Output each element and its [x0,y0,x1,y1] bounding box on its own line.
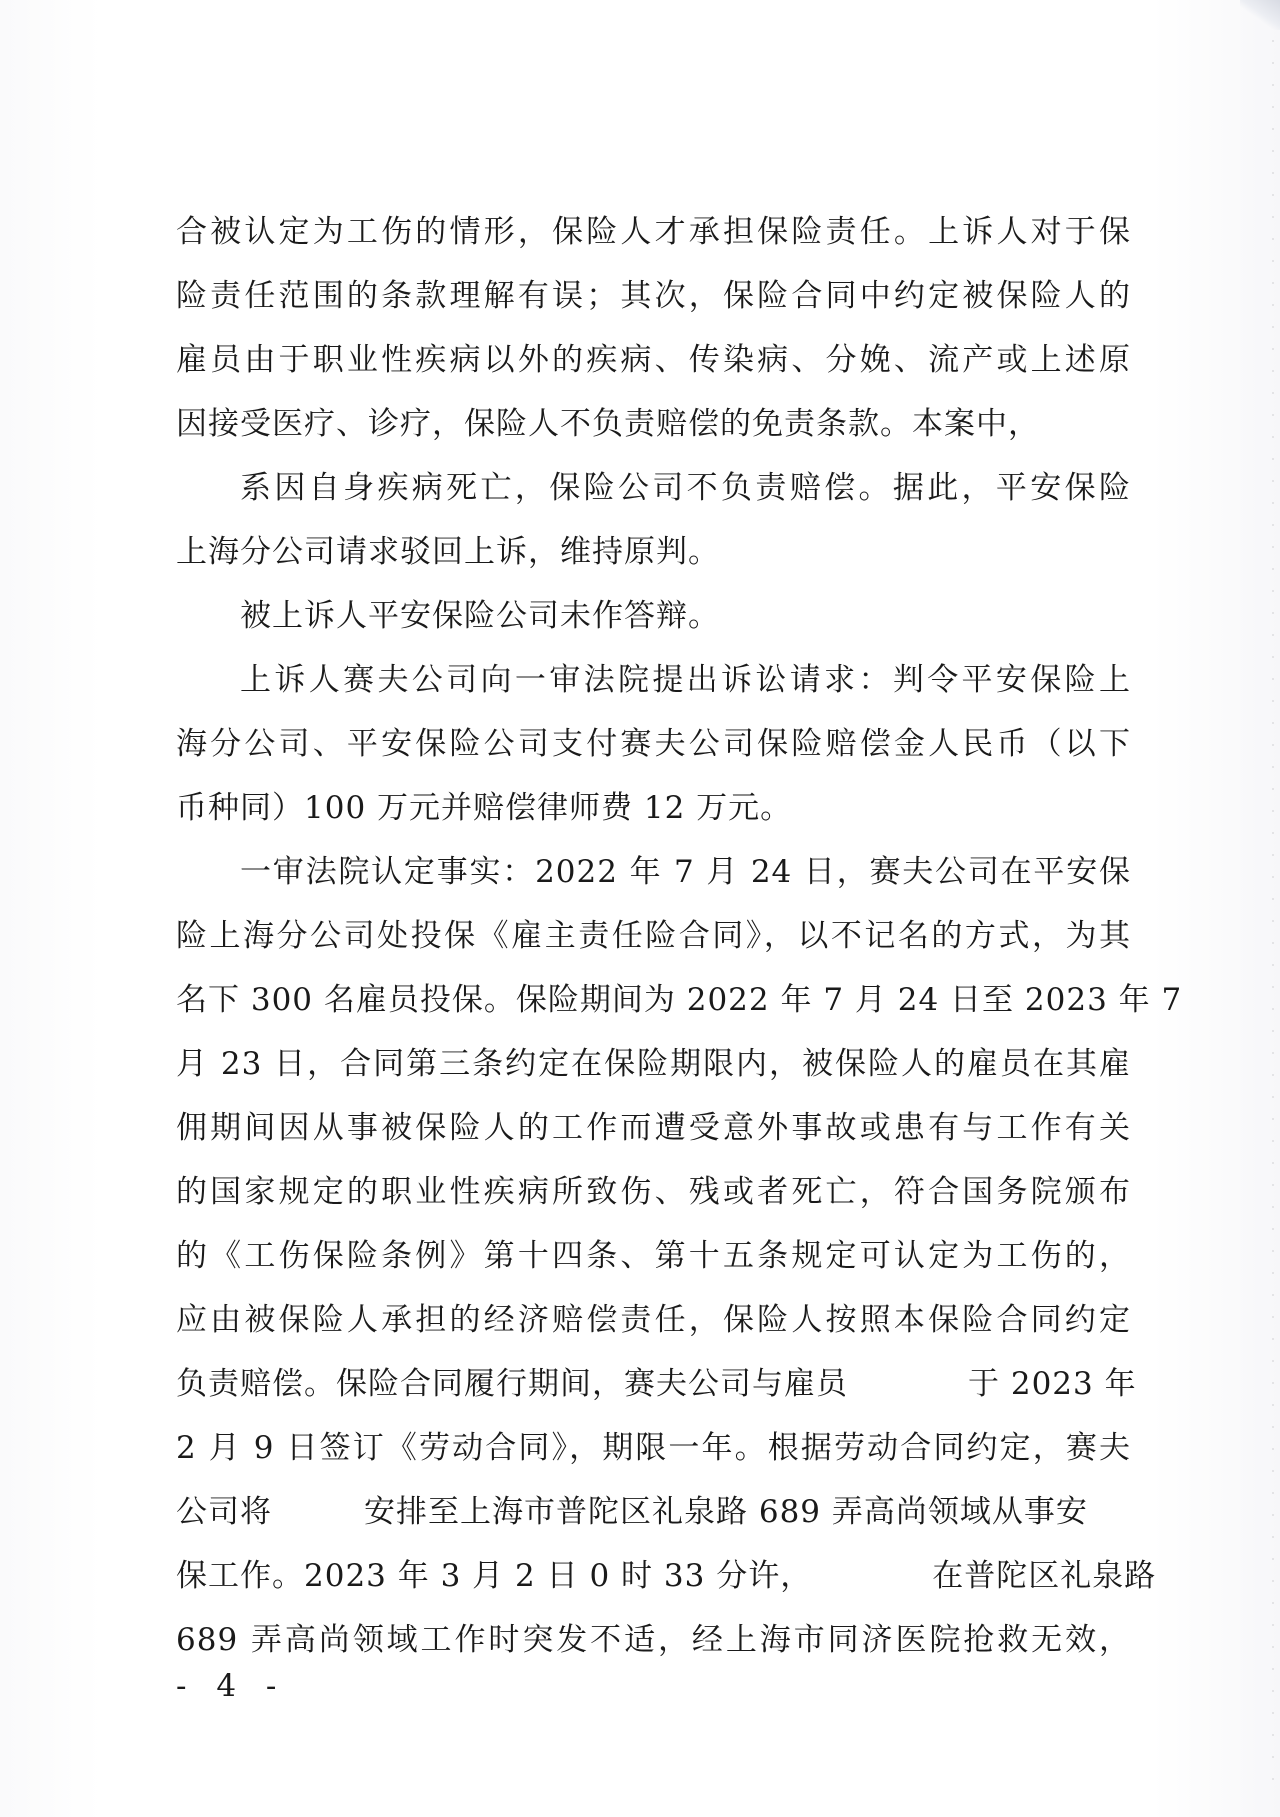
text-line: 币种同）100 万元并赔偿律师费 12 万元。 [176,776,1131,840]
text-segment: 于 2023 年 [968,1366,1137,1402]
text-line: 雇员由于职业性疾病以外的疾病、传染病、分娩、流产或上述原 [176,328,1131,392]
text-line: 689 弄高尚领域工作时突发不适，经上海市同济医院抢救无效， [176,1608,1131,1672]
paragraph-facts-start: 一审法院认定事实：2022 年 7 月 24 日，赛夫公司在平安保 [176,840,1131,904]
text-line: 险上海分公司处投保《雇主责任险合同》，以不记名的方式，为其 [176,904,1131,968]
text-segment: 保工作。2023 年 3 月 2 日 0 时 33 分许， [176,1558,812,1594]
page-fold-corner [1240,0,1280,30]
text-line-redacted: 公司将安排至上海市普陀区礼泉路 689 弄高尚领域从事安 [176,1480,1131,1544]
text-line: 应由被保险人承担的经济赔偿责任，保险人按照本保险合同约定 [176,1288,1131,1352]
text-segment: 安排至上海市普陀区礼泉路 689 弄高尚领域从事安 [364,1494,1088,1530]
text-line: 的《工伤保险条例》第十四条、第十五条规定可认定为工伤的， [176,1224,1131,1288]
paragraph-respondent-reply: 被上诉人平安保险公司未作答辩。 [176,584,1131,648]
text-segment: 公司将 [176,1494,272,1530]
text-line: 名下 300 名雇员投保。保险期间为 2022 年 7 月 24 日至 2023… [176,968,1131,1032]
text-line: 月 23 日，合同第三条约定在保险期限内，被保险人的雇员在其雇 [176,1032,1131,1096]
text-line: 因接受医疗、诊疗，保险人不负责赔偿的免责条款。本案中， [176,392,1131,456]
text-segment: 负责赔偿。保险合同履行期间，赛夫公司与雇员 [176,1366,848,1402]
text-line-redacted: 负责赔偿。保险合同履行期间，赛夫公司与雇员于 2023 年 [176,1352,1131,1416]
text-line: 2 月 9 日签订《劳动合同》，期限一年。根据劳动合同约定，赛夫 [176,1416,1131,1480]
text-line-redacted: 保工作。2023 年 3 月 2 日 0 时 33 分许，在普陀区礼泉路 [176,1544,1131,1608]
text-line: 佣期间因从事被保险人的工作而遭受意外事故或患有与工作有关 [176,1096,1131,1160]
text-line: 险责任范围的条款理解有误；其次，保险合同中约定被保险人的 [176,264,1131,328]
text-line: 上海分公司请求驳回上诉，维持原判。 [176,520,1131,584]
page-edge-shadow [1272,40,1274,1800]
text-line: 海分公司、平安保险公司支付赛夫公司保险赔偿金人民币（以下 [176,712,1131,776]
text-line: 的国家规定的职业性疾病所致伤、残或者死亡，符合国务院颁布 [176,1160,1131,1224]
document-page: 合被认定为工伤的情形，保险人才承担保险责任。上诉人对于保 险责任范围的条款理解有… [0,0,1280,1817]
text-line: 系因自身疾病死亡，保险公司不负责赔偿。据此，平安保险 [176,456,1131,520]
text-segment: 在普陀区礼泉路 [932,1558,1156,1594]
document-body: 合被认定为工伤的情形，保险人才承担保险责任。上诉人对于保 险责任范围的条款理解有… [176,200,1131,1672]
page-number: - 4 - [176,1668,286,1704]
text-line: 合被认定为工伤的情形，保险人才承担保险责任。上诉人对于保 [176,200,1131,264]
paragraph-claims-start: 上诉人赛夫公司向一审法院提出诉讼请求：判令平安保险上 [176,648,1131,712]
